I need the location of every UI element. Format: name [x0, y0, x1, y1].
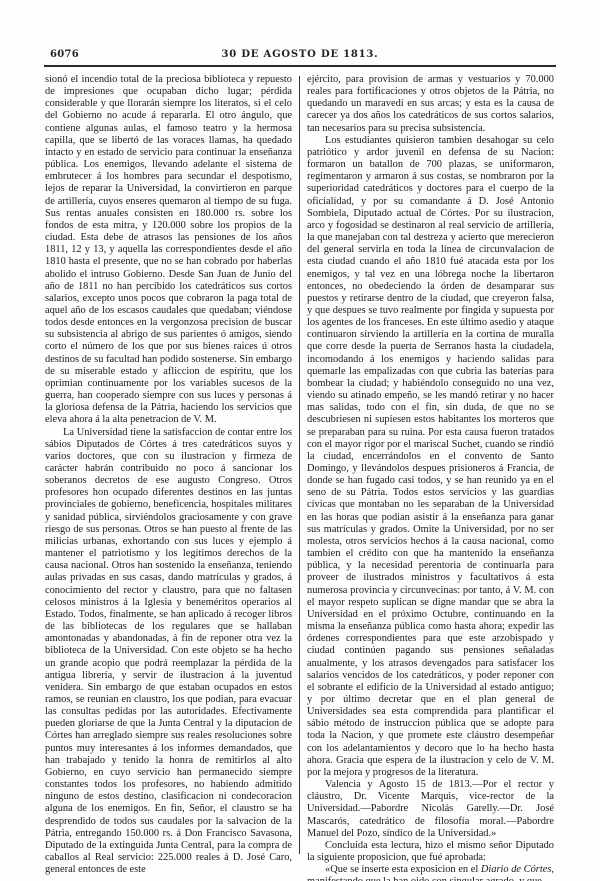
left-column: sionó el incendio total de la preciosa b…	[45, 74, 292, 876]
proposition-text: «Que se inserte esta exposicion en el	[325, 864, 481, 875]
right-column: ejército, para provision de armas y vest…	[307, 74, 554, 881]
paragraph: Concluida esta lectura, hizo el mismo se…	[307, 840, 554, 864]
paragraph: Los estudiantes quisieron tambien desaho…	[307, 135, 554, 779]
column-divider	[299, 76, 300, 854]
publication-title: Diario de Córtes	[481, 864, 552, 875]
issue-date: 30 DE AGOSTO DE 1813.	[50, 49, 550, 60]
paragraph: sionó el incendio total de la preciosa b…	[45, 74, 292, 427]
proposition-paragraph: «Que se inserte esta exposicion en el Di…	[307, 864, 554, 881]
newspaper-page: 6076 30 DE AGOSTO DE 1813. sionó el ince…	[0, 0, 600, 881]
header-rule	[44, 65, 556, 67]
signature-paragraph: Valencia y Agosto 15 de 1813.—Por el rec…	[307, 779, 554, 840]
paragraph: La Universidad tiene la satisfaccion de …	[45, 427, 292, 877]
paragraph: ejército, para provision de armas y vest…	[307, 74, 554, 135]
page-header: 6076 30 DE AGOSTO DE 1813.	[50, 49, 550, 63]
